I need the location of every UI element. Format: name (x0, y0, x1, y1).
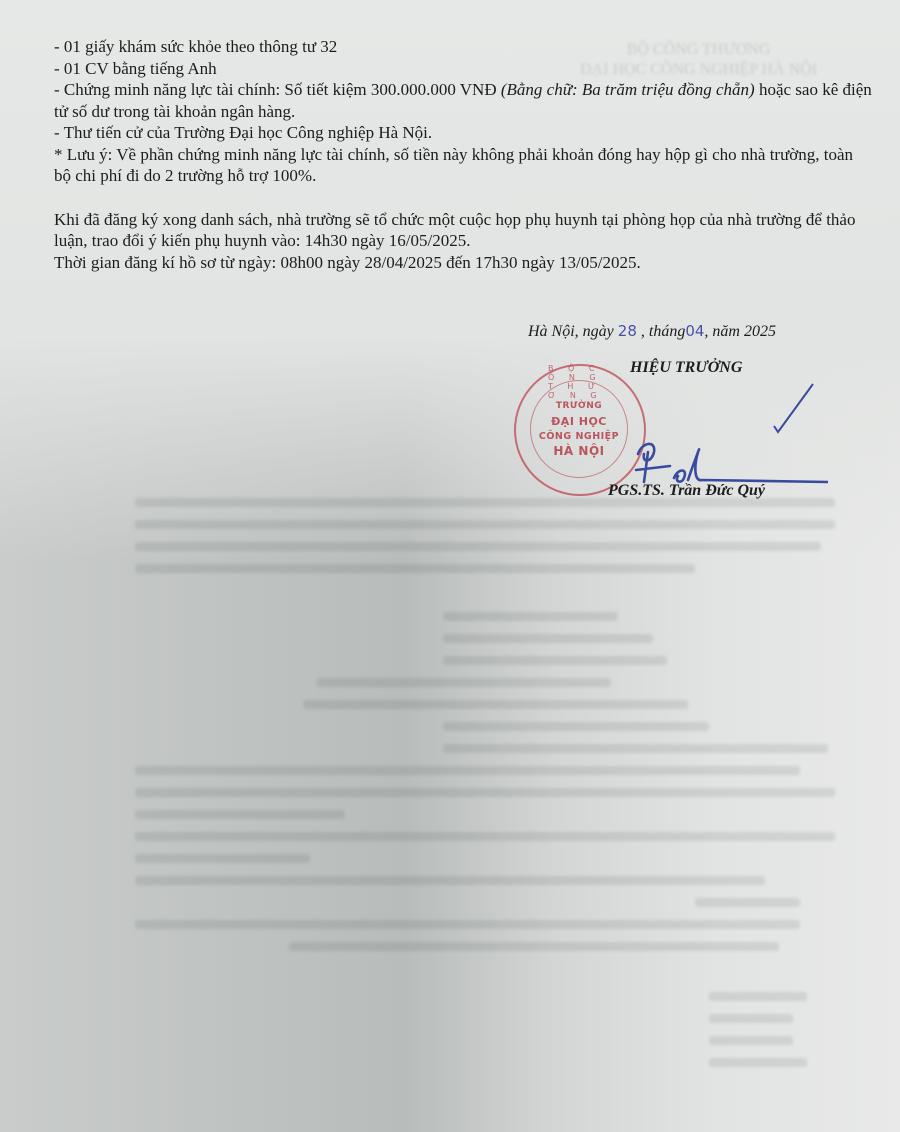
financial-note: * Lưu ý: Về phần chứng minh năng lực tài… (54, 144, 874, 187)
handwritten-signature-icon (578, 382, 828, 492)
requirement-cv: - 01 CV bằng tiếng Anh (54, 58, 874, 80)
requirement-recommendation-letter: - Thư tiến cử của Trường Đại học Công ng… (54, 122, 874, 144)
requirement-financial: - Chứng minh năng lực tài chính: Số tiết… (54, 79, 874, 122)
date-line: Hà Nội, ngày 28 , tháng04, năm 2025 (528, 322, 868, 341)
requirement-health-cert: - 01 giấy khám sức khỏe theo thông tư 32 (54, 36, 874, 58)
signature-block: Hà Nội, ngày 28 , tháng04, năm 2025 B Ộ … (528, 322, 868, 341)
handwritten-day: 28 (618, 322, 637, 340)
registration-period: Thời gian đăng kí hồ sơ từ ngày: 08h00 n… (54, 252, 874, 274)
show-through-text (135, 498, 835, 1080)
amount-in-words: (Bằng chữ: Ba trăm triệu đồng chẵn) (501, 80, 755, 99)
handwritten-month: 04 (685, 322, 704, 340)
document-body: - 01 giấy khám sức khỏe theo thông tư 32… (54, 36, 874, 273)
meeting-notice: Khi đã đăng ký xong danh sách, nhà trườn… (54, 209, 874, 252)
signer-title: HIỆU TRƯỞNG (630, 359, 742, 377)
